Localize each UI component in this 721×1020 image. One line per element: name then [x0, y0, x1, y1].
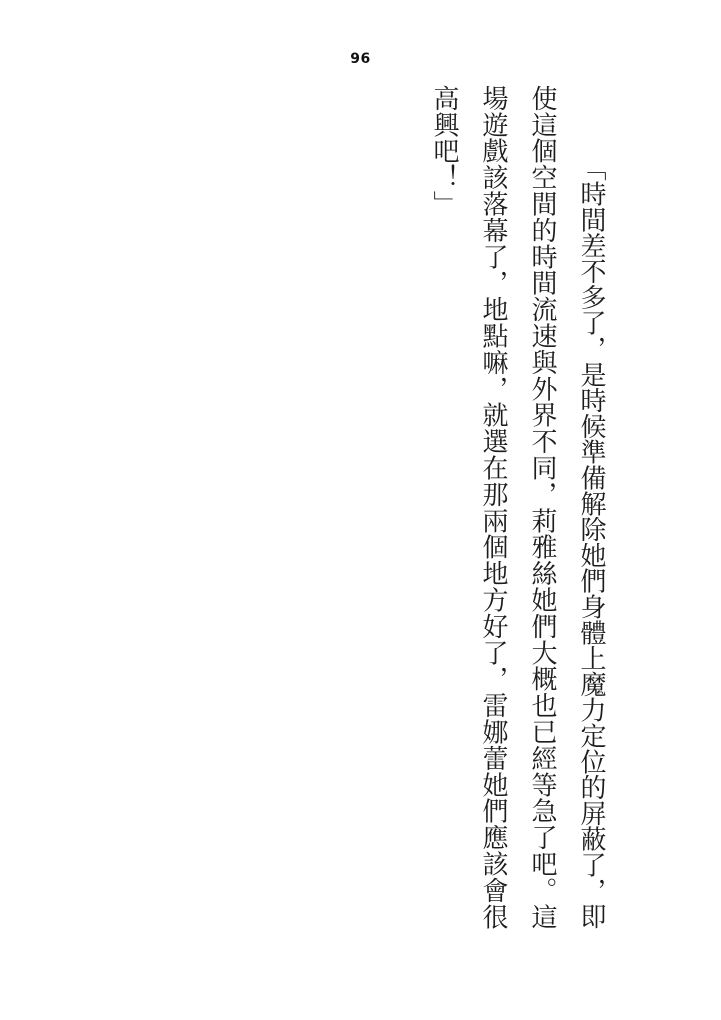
- page-number: 96: [0, 51, 721, 67]
- text-column-2: 使這個空間的時間流速與外界不同，莉雅絲她們大概也已經等急了吧。這: [517, 85, 566, 945]
- text-column-1: 「時間差不多了，是時候準備解除她們身體上魔力定位的屏蔽了，即: [566, 85, 615, 945]
- vertical-text-block: 「時間差不多了，是時候準備解除她們身體上魔力定位的屏蔽了，即 使這個空間的時間流…: [419, 85, 615, 945]
- text-column-3: 場遊戲該落幕了，地點嘛，就選在那兩個地方好了，雷娜蕾她們應該會很: [468, 85, 517, 945]
- book-page: 96 「時間差不多了，是時候準備解除她們身體上魔力定位的屏蔽了，即 使這個空間的…: [0, 0, 721, 1020]
- text-column-4: 高興吧！」: [419, 85, 468, 945]
